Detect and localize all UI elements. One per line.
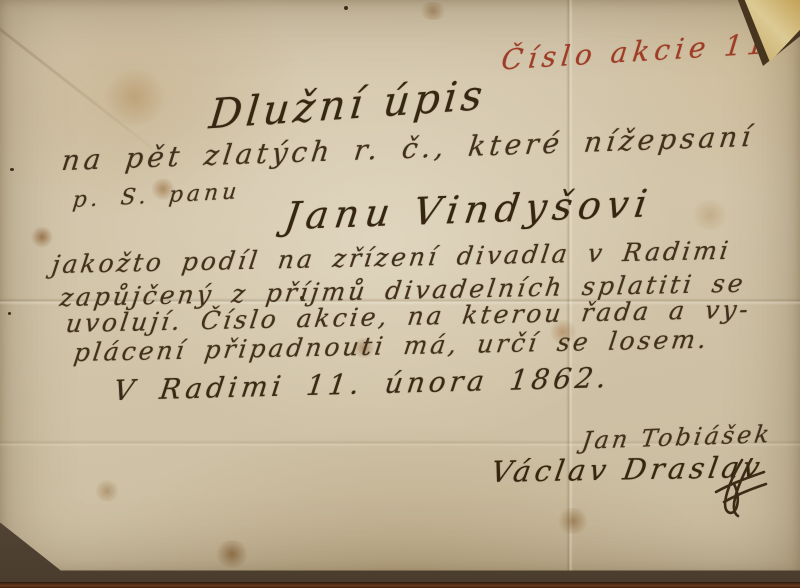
- recipient-name: Janu Vindyšovi: [282, 181, 656, 238]
- paper-stain: [100, 70, 170, 125]
- date-line: V Radimi 11. února 1862.: [112, 361, 613, 407]
- signature-flourish-icon: [704, 458, 770, 520]
- paper-stain: [30, 226, 54, 248]
- share-number-text: Číslo akcie 11.: [500, 26, 786, 77]
- table-edge: [0, 582, 800, 588]
- ink-speck: [8, 312, 11, 315]
- paper-stain: [94, 480, 120, 502]
- paper-stain: [418, 2, 448, 20]
- paper-stain: [556, 508, 590, 534]
- paper-stain: [214, 540, 250, 568]
- paper-stain: [690, 200, 730, 230]
- paper-sheet: Číslo akcie 11. Dlužní úpis na pět zlatý…: [0, 0, 800, 574]
- document-photo: Číslo akcie 11. Dlužní úpis na pět zlatý…: [0, 0, 800, 588]
- salutation-line: p. S. panu: [71, 179, 241, 213]
- ink-speck: [10, 168, 14, 171]
- amount-line: na pět zlatých r. č., které nížepsaní: [60, 120, 756, 177]
- document-title: Dlužní úpis: [207, 71, 489, 139]
- ink-speck: [344, 6, 348, 10]
